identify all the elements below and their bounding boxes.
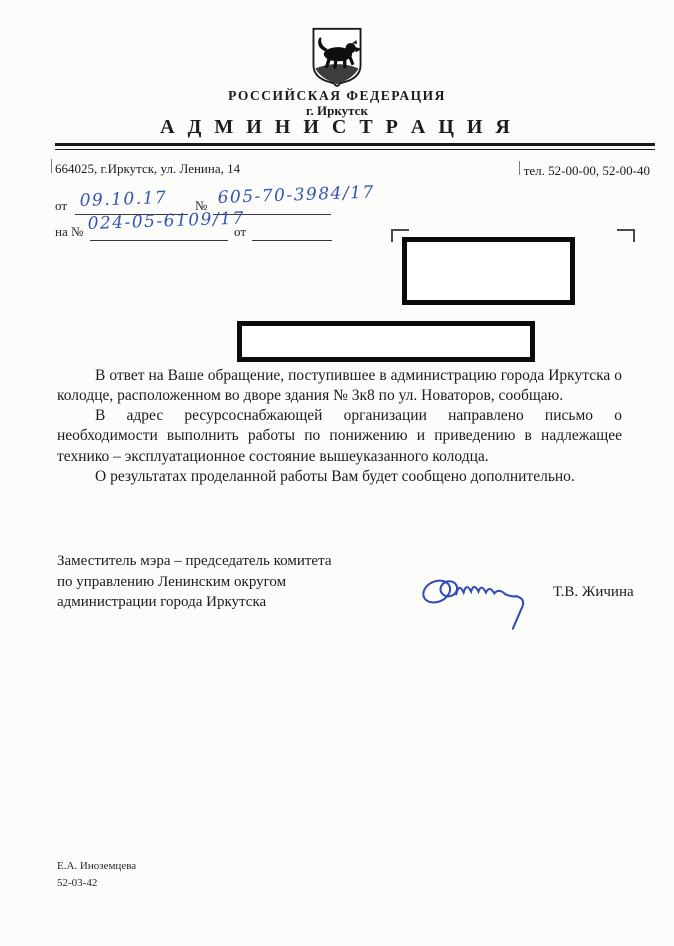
signer-position-line: администрации города Иркутска <box>57 592 331 613</box>
executor-phone: 52-03-42 <box>57 875 136 892</box>
letter-body: В ответ на Ваше обращение, поступившее в… <box>57 366 622 487</box>
executor-name: Е.А. Иноземцева <box>57 858 136 875</box>
coat-of-arms <box>0 26 674 90</box>
handwritten-date: 09.10.17 <box>79 188 167 211</box>
header-organization-title: А Д М И Н И С Т Р А Ц И Я <box>0 116 674 139</box>
body-paragraph: О результатах проделанной работы Вам буд… <box>57 467 622 487</box>
addressee-corner-mark-right <box>617 229 635 242</box>
redaction-box-addressee <box>402 237 575 305</box>
body-paragraph: В адрес ресурсоснабжающей организации на… <box>57 406 622 466</box>
irkutsk-babr-emblem-icon <box>306 26 368 90</box>
header-country: РОССИЙСКАЯ ФЕДЕРАЦИЯ <box>0 88 674 104</box>
sender-address: 664025, г.Иркутск, ул. Ленина, 14 <box>55 161 240 177</box>
ref-reply-date-underline <box>252 224 332 241</box>
template-tick-mark <box>519 161 520 175</box>
handwritten-signature <box>420 565 550 638</box>
double-rule-divider <box>55 143 655 150</box>
handwritten-outgoing-number: 605-70-3984/17 <box>217 183 375 208</box>
signer-name: Т.В. Жичина <box>553 584 634 601</box>
signer-position-line: по управлению Ленинским округом <box>57 572 331 593</box>
body-paragraph: В ответ на Ваше обращение, поступившее в… <box>57 366 622 406</box>
executor-block: Е.А. Иноземцева 52-03-42 <box>57 858 136 891</box>
signer-position-line: Заместитель мэра – председатель комитета <box>57 551 331 572</box>
scanned-letter-page: РОССИЙСКАЯ ФЕДЕРАЦИЯ г. Иркутск А Д М И … <box>0 0 674 946</box>
redaction-box-salutation <box>237 321 535 362</box>
sender-phone: тел. 52-00-00, 52-00-40 <box>524 163 650 179</box>
signer-position: Заместитель мэра – председатель комитета… <box>57 551 331 613</box>
handwritten-signature-ink-icon <box>420 565 550 633</box>
ref-reply-label: на № <box>55 224 83 240</box>
template-tick-mark <box>51 159 52 173</box>
ref-from-label: от <box>55 198 67 214</box>
